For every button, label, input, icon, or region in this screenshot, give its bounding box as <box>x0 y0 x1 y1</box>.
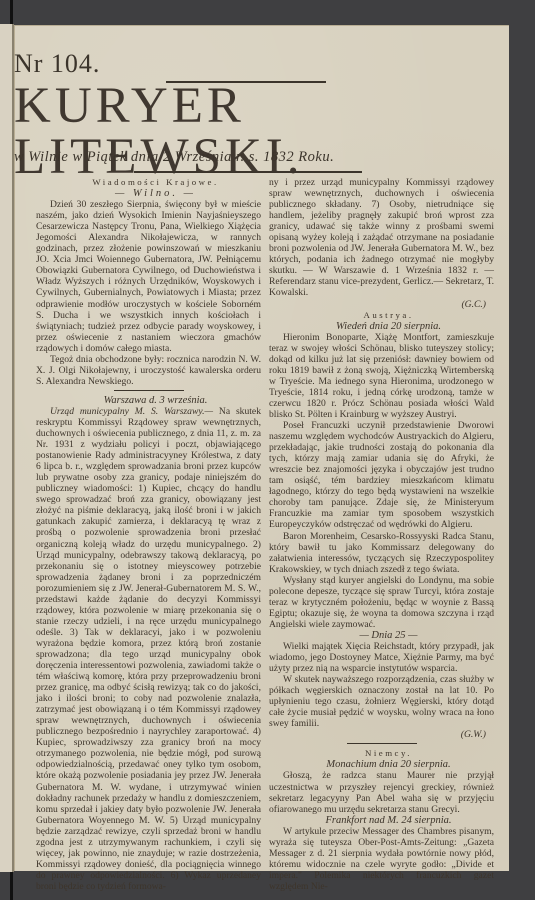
binding-edge-top <box>10 0 13 24</box>
article-paragraph: W artykule przeciw Messager des Chambres… <box>269 826 494 892</box>
article-paragraph: Hieronim Bonoparte, Xiążę Montfort, zami… <box>269 332 494 420</box>
place-heading-warszawa: Warszawa d. 3 września. <box>36 395 261 406</box>
article-divider <box>114 390 184 391</box>
place-heading-munich: Monachium dnia 20 sierpnia. <box>269 759 494 770</box>
section-heading-austria: Austrya. <box>269 310 494 321</box>
source-signoff: (G.C.) <box>269 299 494 310</box>
article-divider <box>347 743 417 744</box>
masthead-rule-bottom <box>134 171 362 173</box>
place-heading-vienna: Wiedeń dnia 20 sierpnia. <box>269 321 494 332</box>
place-heading-frankfurt: Frankfort nad M. 24 sierpnia. <box>269 815 494 826</box>
article-paragraph: Dzień 30 zeszłego Sierpnia, święcony był… <box>36 199 261 354</box>
issue-number: Nr 104. <box>14 49 509 79</box>
dateline: w Wilnie w Piątek dnia 2 Września r. s. … <box>14 149 509 166</box>
binding-edge-bottom <box>10 872 13 900</box>
right-column: ny i przez urząd municypalny Kommissyi r… <box>269 177 494 892</box>
article-continuation: ny i przez urząd municypalny Kommissyi r… <box>269 177 494 299</box>
article-body: Na skutek reskryptu Kommissyi Rządowey s… <box>36 406 261 892</box>
section-heading-germany: Niemcy. <box>269 748 494 759</box>
place-heading-wilno: — Wilno. — <box>36 188 261 199</box>
article-paragraph: W skutek nayważszego rozporządzenia, cza… <box>269 674 494 729</box>
article-paragraph: Poseł Francuzki uczynił przedstawienie D… <box>269 420 494 530</box>
article-paragraph: Wielki majątek Xięcia Reichstadt, który … <box>269 641 494 674</box>
newspaper-page: Nr 104. KURYER LITEWSKI. w Wilnie w Piąt… <box>14 25 509 871</box>
article-paragraph: Głoszą, że radzca stanu Maurer nie przyj… <box>269 770 494 814</box>
section-heading-domestic: Wiadomości Krajowe. <box>36 177 261 188</box>
newspaper-title: KURYER LITEWSKI. <box>14 81 509 183</box>
left-column: Wiadomości Krajowe. — Wilno. — Dzień 30 … <box>36 177 261 892</box>
article-paragraph: Wysłany stąd kuryer angielski do Londynu… <box>269 575 494 630</box>
article-paragraph: Tegoż dnia obchodzone były: rocznica nar… <box>36 354 261 387</box>
date-heading-day25: — Dnia 25 — <box>269 630 494 641</box>
previous-page-edge <box>0 24 14 872</box>
article-paragraph: Baron Morenheim, Cesarsko-Rossyyski Radc… <box>269 531 494 575</box>
source-signoff: (G.W.) <box>269 729 494 740</box>
article-paragraph: Urząd municypalny M. S. Warszawy.— Na sk… <box>36 406 261 892</box>
article-lead: Urząd municypalny M. S. Warszawy.— <box>50 406 213 417</box>
